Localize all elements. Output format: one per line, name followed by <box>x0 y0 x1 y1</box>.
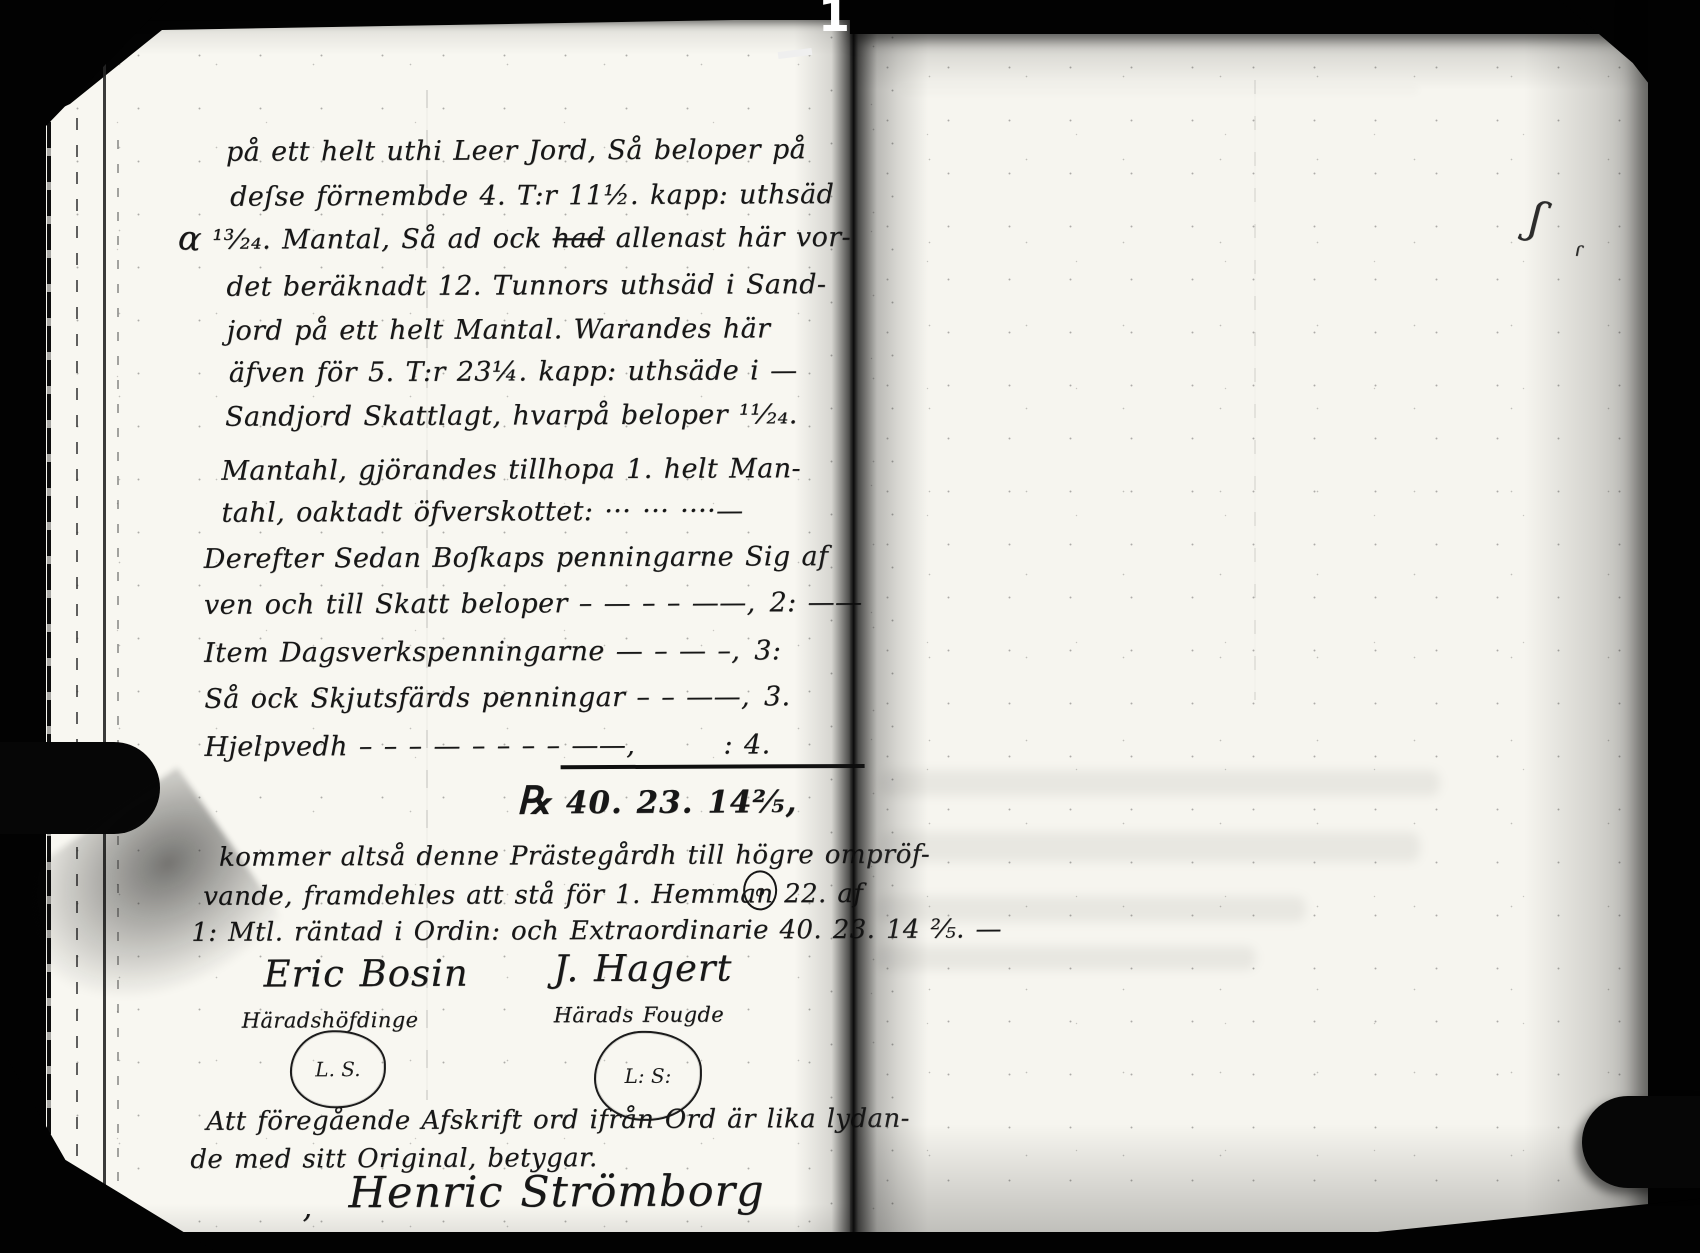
account-label: ven och till Skatt beloper – — – – ——, <box>204 587 756 620</box>
manuscript-line: ¹³⁄₂₄. Mantal, Så ad ock had allenast hä… <box>212 222 851 256</box>
account-row: ven och till Skatt beloper – — – – ——,2:… <box>204 587 770 620</box>
account-row: Så ock Skjutsfärds penningar – – ——,3. <box>204 681 770 714</box>
signature-title: Härads Fougde <box>554 1003 725 1028</box>
manuscript-line: 1: Mtl. räntad i Ordin: och Extraordinar… <box>191 914 1002 948</box>
account-amount: : 4. <box>723 729 770 760</box>
sum-value: 40. 23. 14⅖, <box>566 784 798 821</box>
struck-word: had <box>553 223 605 254</box>
page-clamp <box>0 742 160 834</box>
signature-name: Eric Bosin <box>263 952 468 996</box>
attestation-line: Att föregående Afskrift ord ifrån Ord är… <box>206 1104 910 1137</box>
sum-rule <box>561 764 865 769</box>
page-clamp <box>1582 1096 1700 1188</box>
manuscript-line: kommer altså denne Prästegårdh till högr… <box>219 840 930 873</box>
signature-title: Häradshöfdinge <box>242 1008 419 1033</box>
margin-flourish: α <box>176 218 203 260</box>
manuscript-line: Sandjord Skattlagt, hvarpå beloper ¹¹⁄₂₄… <box>225 399 798 432</box>
microfilm-scan: α på ett helt uthi Leer Jord, Så beloper… <box>0 0 1700 1253</box>
account-label: Så ock Skjutsfärds penningar – – ——, <box>204 681 750 714</box>
account-row: Derefter Sedan Boſkaps penningarne Sig a… <box>204 541 770 574</box>
attestation-signature: Henric Strömborg <box>348 1166 764 1218</box>
stray-ink-mark: ɾ <box>1574 237 1584 261</box>
line-segment: allenast här vor- <box>605 222 852 254</box>
account-row: Item Dagsverkspenningarne — – — –,3: <box>204 635 770 668</box>
manuscript-line: tahl, oaktadt öfverskottet: ··· ··· ····… <box>221 495 743 528</box>
manuscript-line: deſse förnembde 4. T:r 11½. kapp: uthsäd <box>230 179 834 213</box>
sum-line: ℞40. 23. 14⅖, <box>517 776 798 822</box>
manuscript-content: α på ett helt uthi Leer Jord, Så beloper… <box>0 0 1700 1253</box>
account-amount: 2: —— <box>769 587 862 618</box>
stray-ink-mark: ʃ <box>1525 192 1547 244</box>
manuscript-line: jord på ett helt Mantal. Warandes här <box>227 313 771 346</box>
manuscript-line: på ett helt uthi Leer Jord, Så beloper p… <box>226 134 806 168</box>
manuscript-line: det beräknadt 12. Tunnors uthsäd i Sand- <box>226 269 826 303</box>
circled-annotation: o <box>743 870 777 910</box>
signature-comma: , <box>302 1190 312 1225</box>
account-amount: 3. <box>764 681 791 712</box>
scan-border-right <box>1648 0 1700 1253</box>
wax-seal-mark: L. S. <box>290 1030 386 1108</box>
film-frame-number: 1 <box>818 0 850 42</box>
manuscript-line: äfven för 5. T:r 23¼. kapp: uthsäde i — <box>229 355 798 388</box>
account-label: Hjelpvedh – – – — – – – – ——, <box>204 730 635 763</box>
account-amount: 3: <box>754 635 781 666</box>
account-label: Item Dagsverkspenningarne — – — –, <box>204 635 740 668</box>
account-row: Hjelpvedh – – – — – – – – ——,: 4. <box>204 729 770 762</box>
manuscript-line: Mantahl, gjörandes tillhopa 1. helt Man- <box>221 453 801 487</box>
line-segment: ¹³⁄₂₄. Mantal, Så ad ock <box>212 223 552 255</box>
account-label: Derefter Sedan Boſkaps penningarne Sig a… <box>204 541 829 575</box>
summa-symbol: ℞ <box>517 777 552 822</box>
signature-name: J. Hagert <box>553 947 732 991</box>
